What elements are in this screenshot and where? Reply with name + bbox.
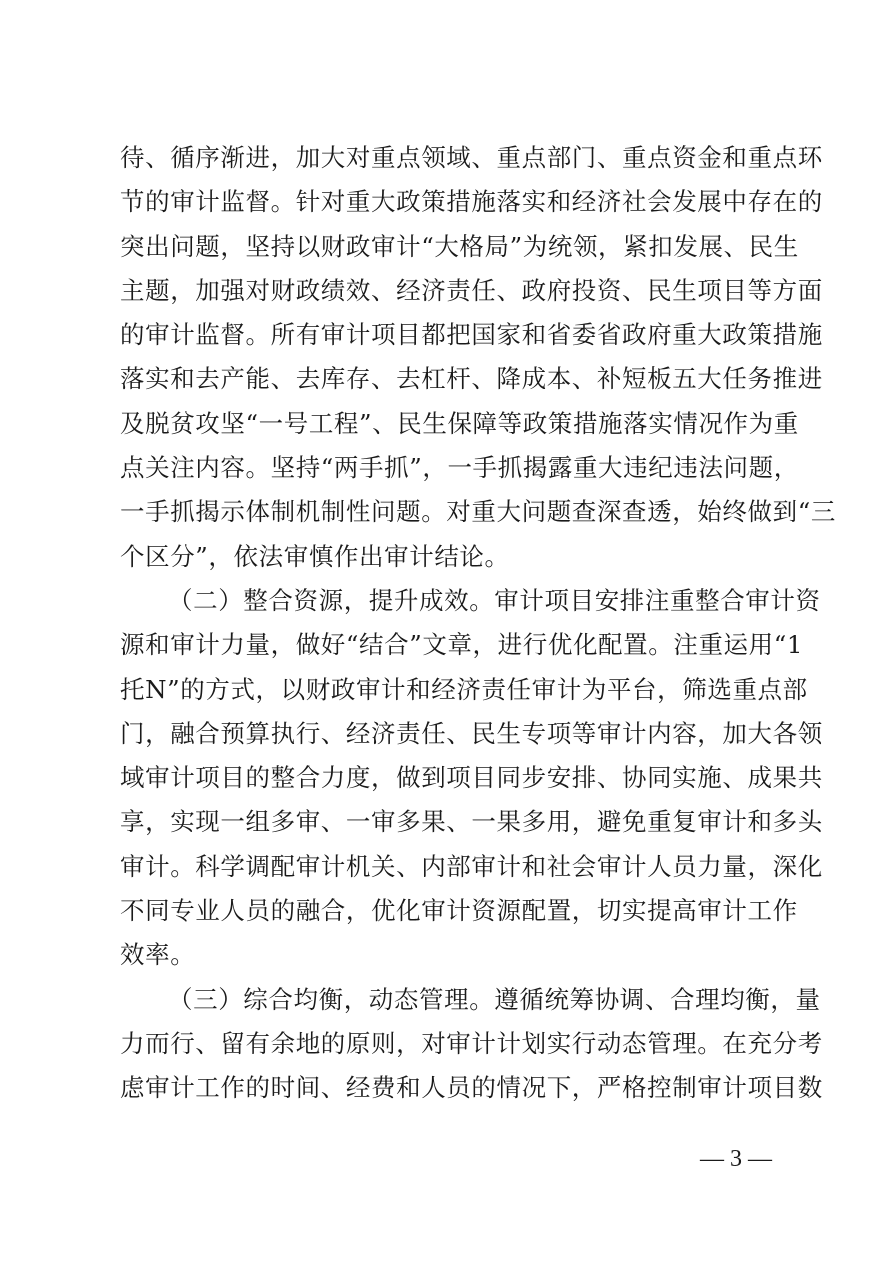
text-line: 不同专业人员的融合，优化审计资源配置，切实提高审计工作 xyxy=(120,889,780,933)
text-line: 落实和去产能、去库存、去杠杆、降成本、补短板五大任务推进 xyxy=(120,357,780,401)
text-line: 力而行、留有余地的原则，对审计计划实行动态管理。在充分考 xyxy=(120,1022,780,1066)
text-line: 门，融合预算执行、经济责任、民生专项等审计内容，加大各领 xyxy=(120,712,780,756)
section-heading-line: （三）综合均衡，动态管理。遵循统筹协调、合理均衡，量 xyxy=(120,978,780,1022)
page-number: — 3 — xyxy=(700,1144,770,1174)
text-line: 源和审计力量，做好“结合”文章，进行优化配置。注重运用“1 xyxy=(120,623,780,667)
paragraph-section-2: （二）整合资源，提升成效。审计项目安排注重整合审计资 源和审计力量，做好“结合”… xyxy=(120,579,780,978)
text-line: 享，实现一组多审、一审多果、一果多用，避免重复审计和多头 xyxy=(120,800,780,844)
text-line: 突出问题，坚持以财政审计“大格局”为统领，紧扣发展、民生 xyxy=(120,225,780,269)
document-body: 待、循序渐进，加大对重点领域、重点部门、重点资金和重点环 节的审计监督。针对重大… xyxy=(120,136,780,1111)
text-line: 主题，加强对财政绩效、经济责任、政府投资、民生项目等方面 xyxy=(120,269,780,313)
text-line: 一手抓揭示体制机制性问题。对重大问题查深查透，始终做到“三 xyxy=(120,490,780,534)
text-line: 个区分”，依法审慎作出审计结论。 xyxy=(120,535,780,579)
text-line: 虑审计工作的时间、经费和人员的情况下，严格控制审计项目数 xyxy=(120,1066,780,1110)
text-line: 节的审计监督。针对重大政策措施落实和经济社会发展中存在的 xyxy=(120,180,780,224)
text-line: 托N”的方式，以财政审计和经济责任审计为平台，筛选重点部 xyxy=(120,668,780,712)
paragraph-continuation: 待、循序渐进，加大对重点领域、重点部门、重点资金和重点环 节的审计监督。针对重大… xyxy=(120,136,780,579)
document-page: 待、循序渐进，加大对重点领域、重点部门、重点资金和重点环 节的审计监督。针对重大… xyxy=(0,0,895,1273)
text-line: 审计。科学调配审计机关、内部审计和社会审计人员力量，深化 xyxy=(120,845,780,889)
paragraph-section-3: （三）综合均衡，动态管理。遵循统筹协调、合理均衡，量 力而行、留有余地的原则，对… xyxy=(120,978,780,1111)
text-line: 效率。 xyxy=(120,933,780,977)
text-line: 待、循序渐进，加大对重点领域、重点部门、重点资金和重点环 xyxy=(120,136,780,180)
text-line: 域审计项目的整合力度，做到项目同步安排、协同实施、成果共 xyxy=(120,756,780,800)
text-line: 点关注内容。坚持“两手抓”，一手抓揭露重大违纪违法问题， xyxy=(120,446,780,490)
section-heading-line: （二）整合资源，提升成效。审计项目安排注重整合审计资 xyxy=(120,579,780,623)
text-line: 的审计监督。所有审计项目都把国家和省委省政府重大政策措施 xyxy=(120,313,780,357)
text-line: 及脱贫攻坚“一号工程”、民生保障等政策措施落实情况作为重 xyxy=(120,402,780,446)
